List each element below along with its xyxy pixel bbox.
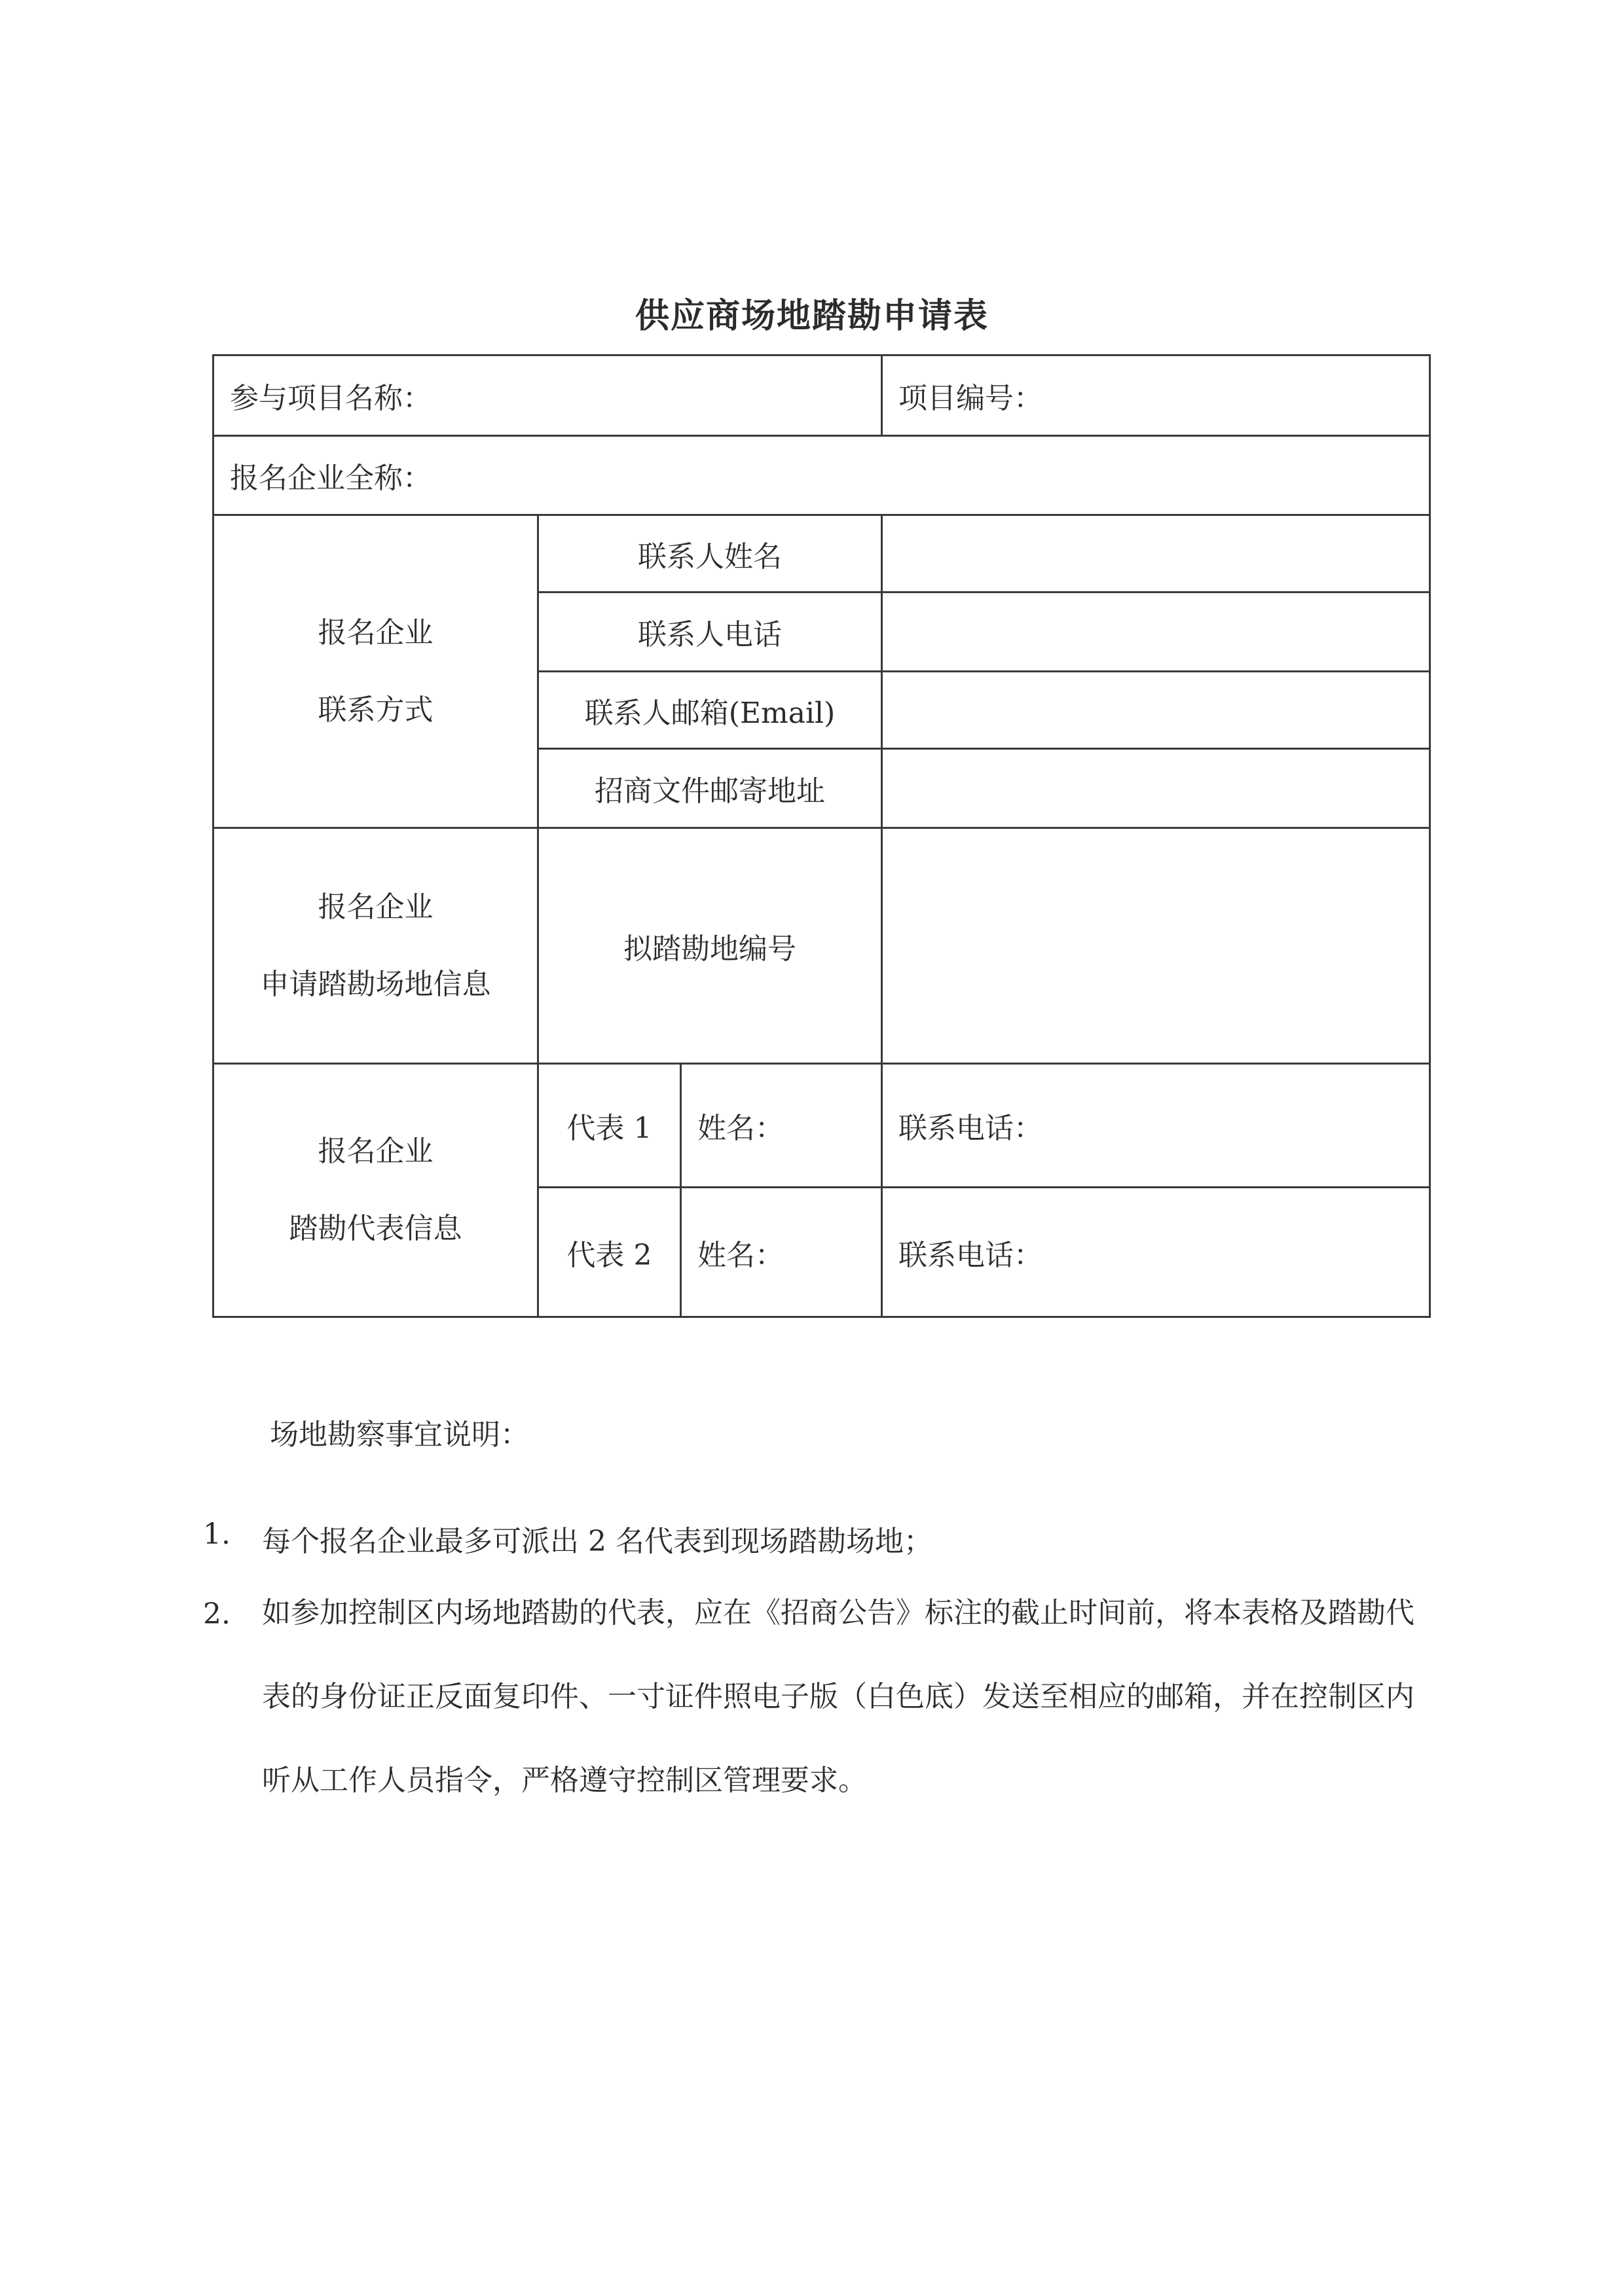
rep-1-name-field[interactable]: 姓名： bbox=[681, 1064, 882, 1188]
rep-1-label: 代表 1 bbox=[538, 1064, 681, 1188]
mailing-address-input[interactable] bbox=[882, 749, 1430, 828]
mailing-address-label: 招商文件邮寄地址 bbox=[538, 749, 882, 828]
rep-2-name-field[interactable]: 姓名： bbox=[681, 1188, 882, 1317]
page-title: 供应商场地踏勘申请表 bbox=[0, 288, 1624, 337]
application-form-table: 参与项目名称： 项目编号： 报名企业全称： 报名企业 联系方式 联系人姓名 联系… bbox=[212, 354, 1431, 1318]
note-number: 2. bbox=[203, 1597, 231, 1631]
site-number-label: 拟踏勘地编号 bbox=[538, 828, 882, 1064]
company-name-label: 报名企业全称： bbox=[230, 462, 432, 495]
contact-section-label: 报名企业 联系方式 bbox=[213, 515, 538, 828]
contact-phone-label: 联系人电话 bbox=[538, 592, 882, 672]
contact-email-label: 联系人邮箱(Email) bbox=[538, 672, 882, 749]
rep-2-label: 代表 2 bbox=[538, 1188, 681, 1317]
project-no-label: 项目编号： bbox=[898, 382, 1043, 415]
project-name-label: 参与项目名称： bbox=[230, 382, 432, 415]
site-section-label: 报名企业 申请踏勘场地信息 bbox=[213, 828, 538, 1064]
contact-name-label: 联系人姓名 bbox=[538, 515, 882, 592]
contact-phone-input[interactable] bbox=[882, 592, 1430, 672]
note-text: 每个报名企业最多可派出 2 名代表到现场踏勘场地； bbox=[262, 1518, 1441, 1559]
project-no-field[interactable]: 项目编号： bbox=[882, 355, 1430, 436]
project-row: 参与项目名称： 项目编号： bbox=[213, 355, 1430, 436]
notes-heading: 场地勘察事宜说明： bbox=[270, 1411, 529, 1453]
rep-1-phone-field[interactable]: 联系电话： bbox=[882, 1064, 1430, 1188]
company-row: 报名企业全称： bbox=[213, 436, 1430, 515]
note-number: 1. bbox=[203, 1518, 231, 1551]
contact-email-input[interactable] bbox=[882, 672, 1430, 749]
project-name-field[interactable]: 参与项目名称： bbox=[213, 355, 882, 436]
rep-section-label: 报名企业 踏勘代表信息 bbox=[213, 1064, 538, 1317]
company-name-field[interactable]: 报名企业全称： bbox=[213, 436, 1430, 515]
contact-name-input[interactable] bbox=[882, 515, 1430, 592]
rep-2-phone-field[interactable]: 联系电话： bbox=[882, 1188, 1430, 1317]
site-number-input[interactable] bbox=[882, 828, 1430, 1064]
note-text: 如参加控制区内场地踏勘的代表，应在《招商公告》标注的截止时间前，将本表格及踏勘代… bbox=[262, 1571, 1441, 1823]
